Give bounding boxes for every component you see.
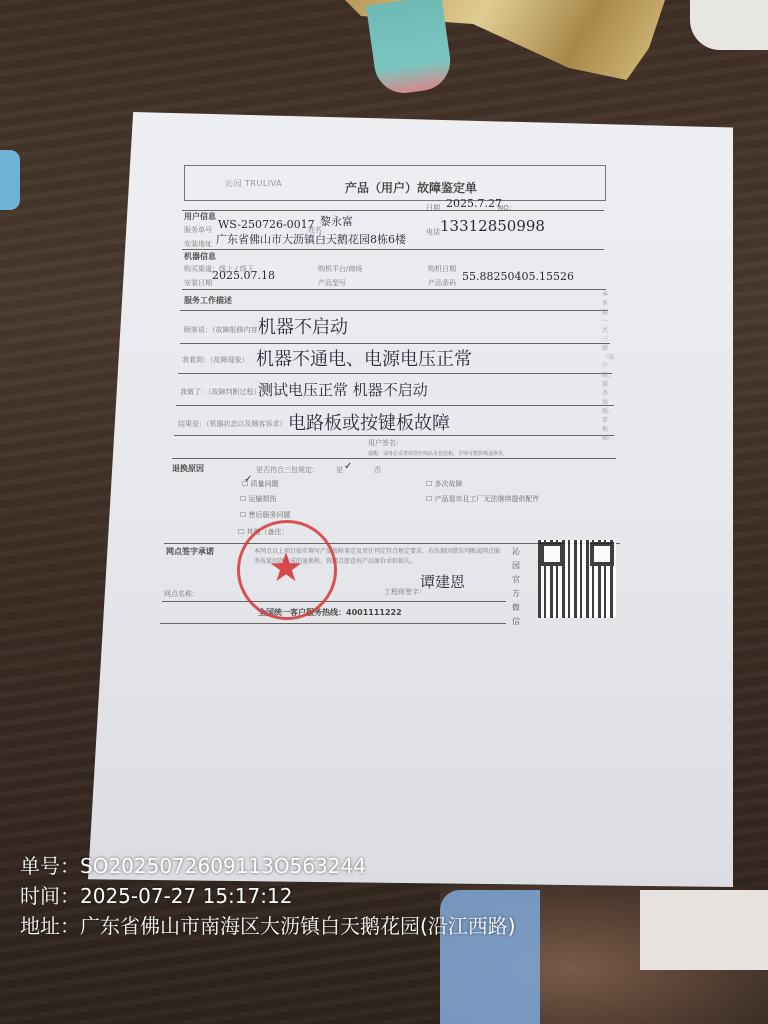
- service-row-value: 机器不启动: [258, 313, 348, 339]
- date-label: 日期: [426, 203, 440, 213]
- date-value: 2025.7.27: [446, 197, 502, 210]
- platform-label: 购机平台/商场: [318, 264, 362, 274]
- install-date-value: 2025.07.18: [212, 269, 275, 282]
- phone-value: 13312850998: [440, 217, 545, 235]
- return-reason-section: 退换原因: [172, 463, 204, 474]
- option-repeated-fault-checkbox[interactable]: 多次故障: [426, 479, 463, 489]
- overlay-order-value: SO2025072609113O563244: [80, 854, 366, 878]
- commitment-section: 网点签字承诺: [166, 546, 214, 557]
- order-label: 服务单号: [184, 225, 212, 235]
- check-mark-icon: ✓: [344, 461, 352, 472]
- no-label: NO：: [498, 203, 516, 213]
- overlay-address-label: 地址：: [20, 914, 80, 938]
- machine-info-section: 机器信息: [184, 251, 216, 262]
- overlay-time-label: 时间：: [20, 884, 80, 908]
- service-section: 服务工作描述: [184, 295, 232, 306]
- service-row-value: 机器不通电、电源电压正常: [256, 345, 472, 371]
- wechat-qr-code: [538, 540, 616, 618]
- user-info-section: 用户信息: [184, 211, 216, 222]
- overlay-time-value: 2025-07-27 15:17:12: [80, 884, 292, 908]
- reminder-note: 提醒：请务必妥善保管好商品及包装箱，否则可能影响退换货。: [368, 450, 508, 457]
- service-row-label: 顾客说：（故障报修内容）: [184, 325, 265, 335]
- service-row-label: 我做了：（故障判断过程）: [180, 387, 261, 397]
- overlay-order-label: 单号：: [20, 854, 80, 878]
- red-seal-stamp: [237, 520, 337, 620]
- check-mark-icon: ✓: [244, 474, 252, 485]
- option-service-issue-checkbox[interactable]: 售后服务问题: [240, 510, 291, 520]
- service-row-value: 测试电压正常 机器不启动: [258, 379, 428, 400]
- model-label: 产品型号: [318, 278, 346, 288]
- barcode-value: 55.88250405.15526: [462, 270, 574, 283]
- wechat-label: 沁园官方微信: [512, 545, 522, 629]
- purchase-date-label: 购机日期: [428, 264, 456, 274]
- blue-object: [0, 150, 20, 210]
- order-value: WS-250726-0017: [218, 218, 315, 231]
- overlay-order: 单号：SO2025072609113O563244: [20, 850, 366, 879]
- option-shipping-damage-checkbox[interactable]: 运输损伤: [240, 494, 277, 504]
- service-row-label: 我看到：（故障现象）: [182, 355, 249, 365]
- address-value: 广东省佛山市大沥镇白天鹅花园8栋6楼: [216, 231, 406, 247]
- user-sign-label: 用户签名：: [368, 438, 403, 448]
- white-bag: [690, 0, 768, 50]
- form-title: 产品（用户）故障鉴定单: [345, 179, 477, 196]
- overlay-address: 地址：广东省佛山市南海区大沥镇白天鹅花园(沿江西路): [20, 910, 516, 939]
- address-label: 安装地址: [184, 239, 212, 249]
- three-guarantee-label: 是否符合三包规定：: [256, 465, 319, 475]
- phone-label: 电话: [426, 227, 440, 237]
- overlay-time: 时间：2025-07-27 15:17:12: [20, 880, 292, 909]
- brand-logo: 沁园 TRULIVA: [225, 178, 282, 189]
- install-date-label: 安装日期: [184, 278, 212, 288]
- barcode-label: 产品条码: [428, 278, 456, 288]
- yes-checkbox[interactable]: 是: [336, 465, 343, 475]
- engineer-signature: 谭建恩: [420, 571, 465, 592]
- overlay-address-value: 广东省佛山市南海区大沥镇白天鹅花园(沿江西路): [80, 914, 516, 938]
- side-note: 本单据一式三联（用户联、服务商联、存根联）: [602, 290, 610, 443]
- service-row-value: 电路板或按键板故障: [288, 409, 450, 435]
- name-value: 黎永富: [320, 213, 353, 229]
- option-discontinued-checkbox[interactable]: 产品退市且工厂无法继续提供配件: [426, 494, 540, 504]
- service-row-label: 结果是：（机器状态以及顾客诉求）: [178, 419, 287, 429]
- form-header: 沁园 TRULIVA 产品（用户）故障鉴定单: [184, 165, 606, 201]
- white-cloth: [640, 890, 768, 970]
- no-checkbox[interactable]: 否: [374, 465, 381, 475]
- outlet-label: 网点名称：: [164, 589, 199, 599]
